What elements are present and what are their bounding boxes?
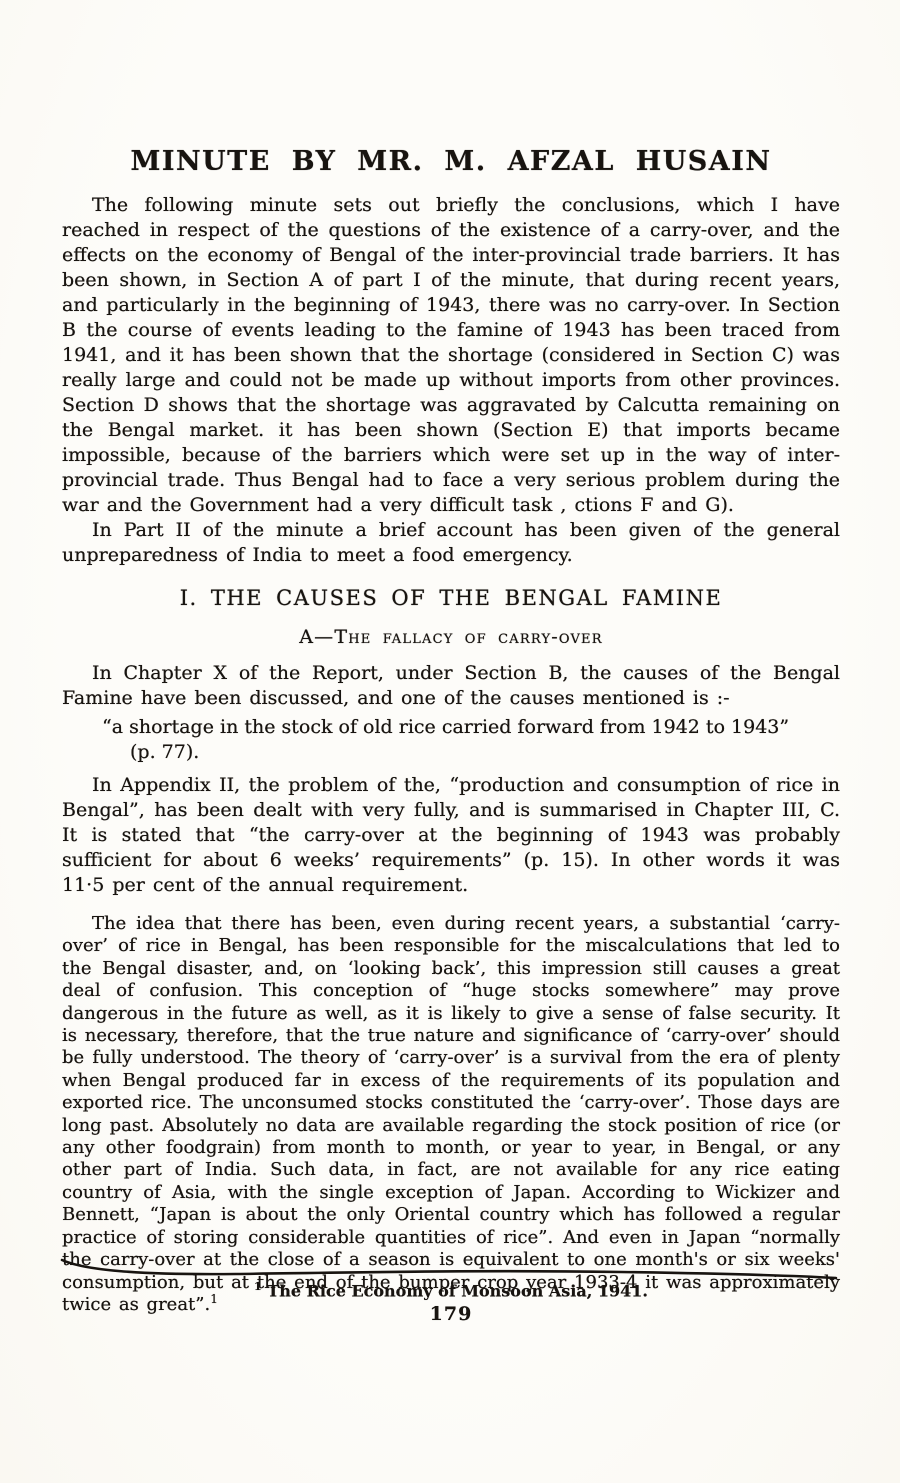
footnote: 1 The Rice Economy of Monsoon Asia, 1941… xyxy=(62,1280,840,1300)
paragraph-chapter-x: In Chapter X of the Report, under Sectio… xyxy=(62,661,840,711)
footnote-marker: 1 xyxy=(254,1280,262,1293)
document-title: MINUTE BY MR. M. AFZAL HUSAIN xyxy=(62,146,840,177)
blockquote-line1: “a shortage in the stock of old rice car… xyxy=(102,715,840,740)
paragraph-intro-conclusions: The following minute sets out briefly th… xyxy=(62,193,840,518)
paragraph-part-two: In Part II of the minute a brief account… xyxy=(62,518,840,568)
page-number: 179 xyxy=(62,1303,840,1325)
blockquote-page-ref: (p. 77). xyxy=(130,740,840,765)
section-heading-causes: I. THE CAUSES OF THE BENGAL FAMINE xyxy=(62,586,840,610)
scanned-page: MINUTE BY MR. M. AFZAL HUSAIN The follow… xyxy=(0,0,900,1483)
paragraph-carry-over-theory-text: The idea that there has been, even durin… xyxy=(62,913,840,1315)
subsection-heading-fallacy: A—The fallacy of carry-over xyxy=(62,626,840,648)
blockquote-shortage: “a shortage in the stock of old rice car… xyxy=(102,715,840,765)
paragraph-appendix-ii: In Appendix II, the problem of the, “pro… xyxy=(62,773,840,898)
footnote-text: The Rice Economy of Monsoon Asia, 1941. xyxy=(267,1281,648,1300)
page-text-block: MINUTE BY MR. M. AFZAL HUSAIN The follow… xyxy=(62,146,840,1316)
